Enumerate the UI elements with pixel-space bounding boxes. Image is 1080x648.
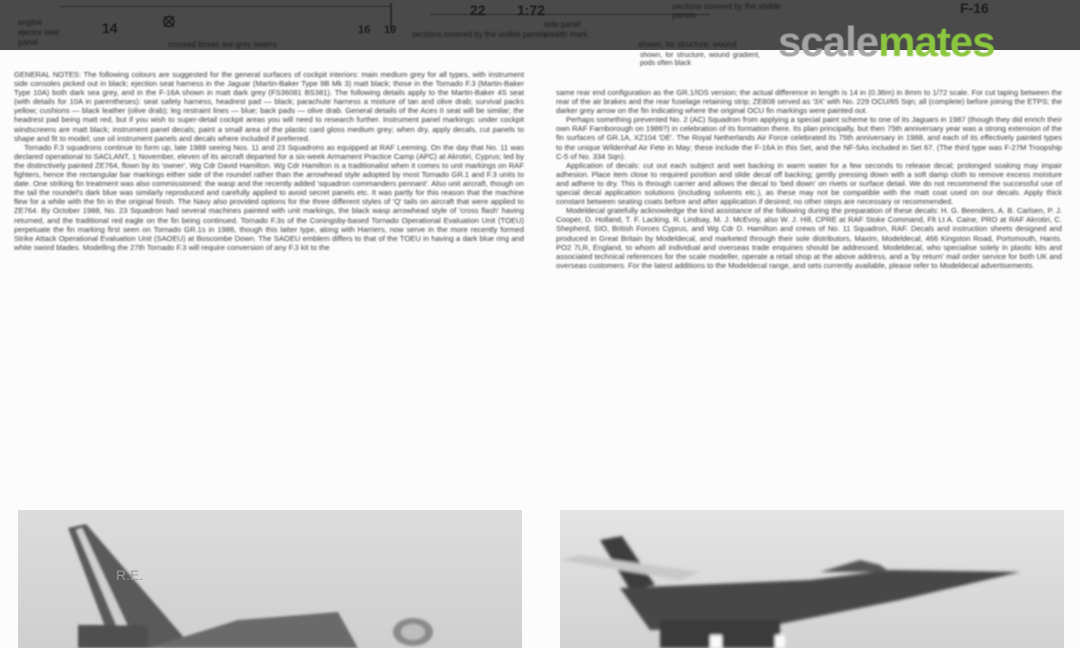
paragraph-squadron: Perhaps something prevented No. 2 (AC) S… [556,115,1062,160]
watermark-mates: mates [878,18,994,65]
paragraph-decal-application: Application of decals: cut out each subj… [556,161,1062,206]
aircraft-label: F-16 [960,0,989,16]
photo-f16-takeoff [560,510,1064,648]
diagram-line [60,6,390,7]
tornado-tail-image: R.E. [18,510,522,648]
paragraph-tornado: Tornado F.3 squadrons continue to form u… [14,143,524,252]
header-number: 16 [358,24,370,36]
header-label: ejector seat [18,28,59,37]
header-continuation-note: shown, for structure, wound gradient, po… [640,52,760,68]
header-number: 22 [470,2,486,18]
paragraph-general-notes: GENERAL NOTES: The following colours are… [14,70,524,143]
paragraph-rear-end: same rear end configuration as the GR.1/… [556,88,1062,115]
scalemates-watermark: scalemates [778,20,995,64]
fin-marking: R.E. [116,567,143,583]
header-note: crossed boxes are grey seams [168,40,277,49]
header-note: sections covered by the visible panels [412,30,546,39]
target-icon: ⦻ [163,10,175,31]
header-label: side panel [544,20,580,29]
header-number: 19 [384,24,396,36]
right-text-column: same rear end configuration as the GR.1/… [556,88,1062,270]
note-text: shown, for structure, wound gradient, po… [640,52,760,67]
header-number: 14 [102,20,118,36]
f16-aircraft-image [560,510,1064,648]
header-label: stealth mark [544,30,588,39]
left-text-column: GENERAL NOTES: The following colours are… [14,70,524,252]
watermark-scale: scale [778,18,878,65]
scale-label: 1:72 [517,2,545,18]
header-label: panel [18,38,38,47]
photo-tornado-tail: R.E. [18,510,522,648]
paragraph-acknowledgements: Modeldecal gratefully acknowledge the ki… [556,206,1062,270]
header-note: shown, for structure, wound gradient, po… [638,40,758,50]
header-note: sections covered by the visible panels [672,2,782,20]
header-label: engine [18,18,42,27]
